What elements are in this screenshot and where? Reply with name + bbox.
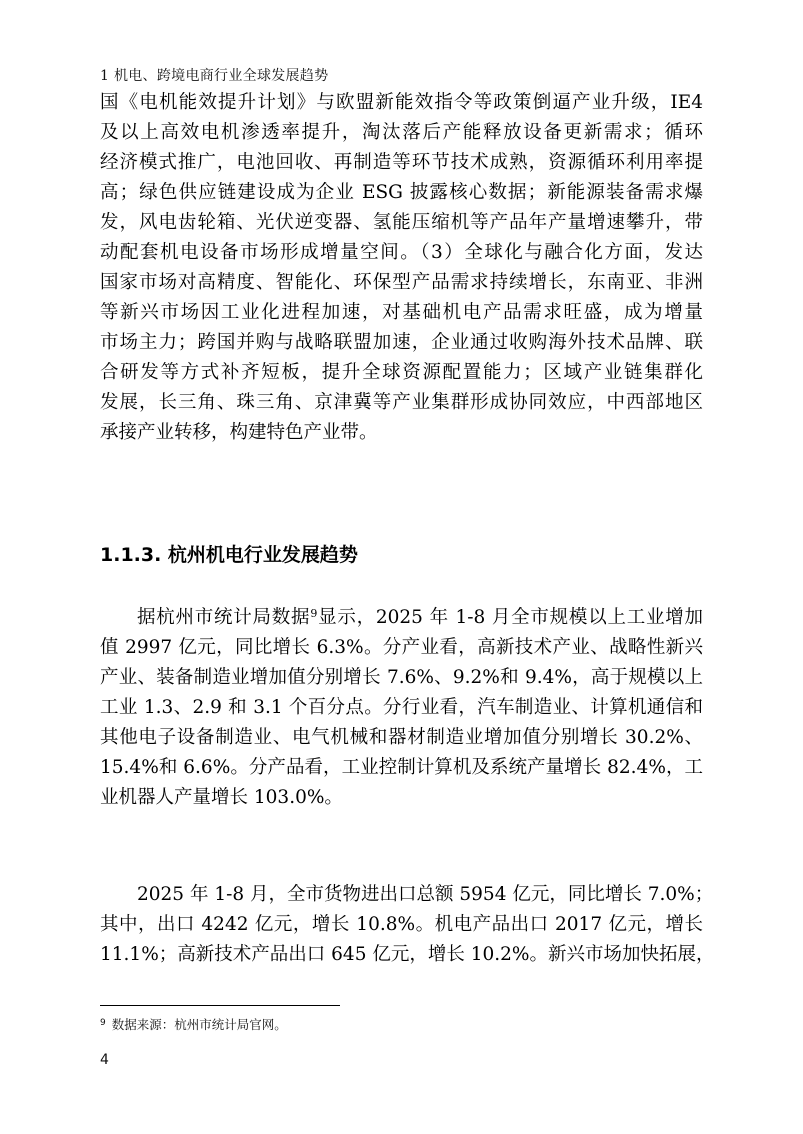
- paragraph-line: 动配套机电设备市场形成增量空间。（3）全球化与融合化方面，发达: [100, 238, 703, 268]
- paragraph-line: 业机器人产量增长 103.0%。: [100, 783, 703, 813]
- paragraph-line: 15.4%和 6.6%。分产品看，工业控制计算机及系统产量增长 82.4%，工: [100, 753, 703, 783]
- paragraph-line: 合研发等方式补齐短板，提升全球资源配置能力；区域产业链集群化: [100, 358, 703, 388]
- footnote-divider: [100, 1005, 340, 1006]
- document-page: 1 机电、跨境电商行业全球发展趋势 国《电机能效提升计划》与欧盟新能效指令等政策…: [0, 0, 803, 1134]
- footnote: 9数据来源：杭州市统计局官网。: [100, 1015, 287, 1033]
- running-header: 1 机电、跨境电商行业全球发展趋势: [100, 65, 328, 85]
- page-number: 4: [100, 1052, 109, 1068]
- paragraph-line: 其他电子设备制造业、电气机械和器材制造业增加值分别增长 30.2%、: [100, 723, 703, 753]
- footnote-mark: 9: [100, 1018, 106, 1028]
- paragraph-line: 11.1%；高新技术产品出口 645 亿元，增长 10.2%。新兴市场加快拓展，: [100, 940, 703, 970]
- paragraph-line: 工业 1.3、2.9 和 3.1 个百分点。分行业看，汽车制造业、计算机通信和: [100, 693, 703, 723]
- paragraph-line: 经济模式推广，电池回收、再制造等环节技术成熟，资源循环利用率提: [100, 148, 703, 178]
- footnote-text: 数据来源：杭州市统计局官网。: [112, 1017, 287, 1032]
- paragraph-line: 发，风电齿轮箱、光伏逆变器、氢能压缩机等产品年产量增速攀升，带: [100, 208, 703, 238]
- paragraph-line: 值 2997 亿元，同比增长 6.3%。分产业看，高新技术产业、战略性新兴: [100, 633, 703, 663]
- paragraph-line: 2025 年 1-8 月，全市货物进出口总额 5954 亿元，同比增长 7.0%…: [137, 880, 703, 910]
- paragraph-line: 发展，长三角、珠三角、京津冀等产业集群形成协同效应，中西部地区: [100, 388, 703, 418]
- paragraph-line: 承接产业转移，构建特色产业带。: [100, 418, 703, 448]
- paragraph-line: 市场主力；跨国并购与战略联盟加速，企业通过收购海外技术品牌、联: [100, 328, 703, 358]
- text-fragment: 显示，2025 年 1-8 月全市规模以上工业增加: [317, 607, 703, 628]
- paragraph-line: 国家市场对高精度、智能化、环保型产品需求持续增长，东南亚、非洲: [100, 268, 703, 298]
- paragraph-line: 及以上高效电机渗透率提升，淘汰落后产能释放设备更新需求；循环: [100, 118, 703, 148]
- section-heading: 1.1.3. 杭州机电行业发展趋势: [100, 540, 358, 567]
- paragraph-line: 产业、装备制造业增加值分别增长 7.6%、9.2%和 9.4%，高于规模以上: [100, 663, 703, 693]
- paragraph-line: 等新兴市场因工业化进程加速，对基础机电产品需求旺盛，成为增量: [100, 298, 703, 328]
- paragraph-line: 其中，出口 4242 亿元，增长 10.8%。机电产品出口 2017 亿元，增长: [100, 910, 703, 940]
- paragraph-first-line: 据杭州市统计局数据9显示，2025 年 1-8 月全市规模以上工业增加: [137, 603, 703, 633]
- paragraph-line: 高；绿色供应链建设成为企业 ESG 披露核心数据；新能源装备需求爆: [100, 178, 703, 208]
- paragraph-line: 国《电机能效提升计划》与欧盟新能效指令等政策倒逼产业升级，IE4: [100, 88, 703, 118]
- text-fragment: 据杭州市统计局数据: [137, 607, 310, 628]
